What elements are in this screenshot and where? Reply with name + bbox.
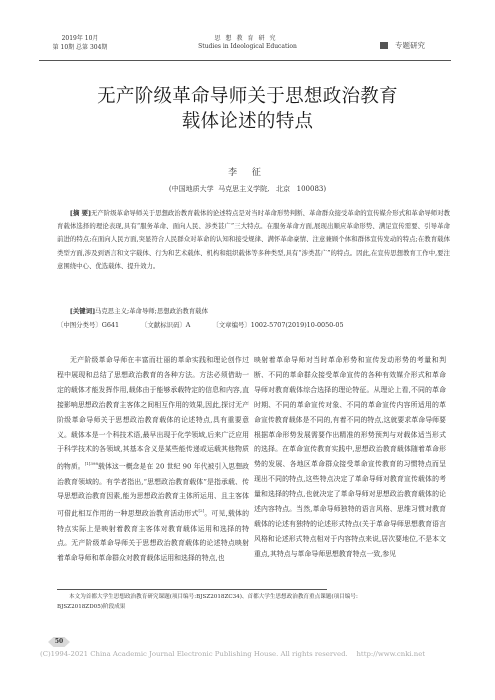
- keywords-text: 马克思主义;革命导师;思想政治教育载体: [95, 307, 208, 315]
- clc-number: 〔中图分类号〕G641: [57, 320, 119, 329]
- footnote-line-1: 本文为首都大学生思想政治教育研究课题(项目编号:BJSZ2018ZC34)、首都…: [57, 592, 452, 602]
- footnote-divider: [57, 589, 327, 590]
- abstract-text: 无产阶级革命导师关于思想政治教育载体的论述特点是对当时革命形势判断、革命群众接受…: [57, 209, 450, 270]
- column-label: 专题研究: [380, 40, 425, 51]
- body-text: 映射着革命导师对当时革命形势和宣传发动形势的考量和判断、不同的革命群众接受革命宣…: [254, 356, 446, 558]
- column-name: 专题研究: [395, 40, 425, 51]
- journal-name-cn: 思想教育研究: [180, 35, 315, 43]
- classification-info: 〔中图分类号〕G641 〔文献标识码〕A 〔文章编号〕1002-5707(201…: [57, 320, 366, 329]
- author-affiliation: (中国地质大学 马克思主义学院, 北京 100083): [40, 184, 455, 194]
- article-number: 〔文章编号〕1002-5707(2019)10-0050-05: [212, 320, 343, 329]
- issue-date: 2019年 10月: [40, 34, 120, 43]
- issue-info: 2019年 10月 第 10期 总第 304期: [40, 34, 120, 52]
- title-line-1: 无产阶级革命导师关于思想政治教育: [40, 84, 455, 109]
- abstract: [摘 要]无产阶级革命导师关于思想政治教育载体的论述特点是对当时革命形势判断、革…: [57, 207, 450, 273]
- keywords: [关键词]马克思主义;革命导师;思想政治教育载体: [70, 306, 208, 315]
- article-title: 无产阶级革命导师关于思想政治教育 载体论述的特点: [40, 84, 455, 134]
- journal-name: 思想教育研究 Studies in Ideological Education: [180, 35, 315, 51]
- body-column-left: 无产阶级革命导师在丰富而壮丽的革命实践和理论创作过程中展现和总结了思想政治教育的…: [57, 353, 249, 566]
- title-line-2: 载体论述的特点: [40, 109, 455, 134]
- body-column-right: 映射着革命导师对当时革命形势和宣传发动形势的考量和判断、不同的革命群众接受革命宣…: [254, 353, 446, 562]
- header-divider: [39, 60, 451, 61]
- citation-ref: [1]398: [85, 461, 98, 466]
- funding-footnote: 本文为首都大学生思想政治教育研究课题(项目编号:BJSZ2018ZC34)、首都…: [57, 592, 452, 612]
- body-text: 无产阶级革命导师在丰富而壮丽的革命实践和理论创作过程中展现和总结了思想政治教育的…: [57, 356, 249, 471]
- journal-name-en: Studies in Ideological Education: [180, 43, 315, 51]
- footnote-line-2: BJSZ2018ZD05)阶段成果: [57, 602, 452, 612]
- issue-number: 第 10期 总第 304期: [40, 43, 120, 52]
- page-number: 50: [48, 637, 70, 647]
- abstract-label: [摘 要]: [70, 209, 91, 217]
- keywords-label: [关键词]: [70, 307, 95, 315]
- author-name: 李 征: [40, 165, 455, 178]
- document-code: 〔文献标识码〕A: [141, 320, 190, 329]
- copyright-notice: (C)1994-2021 China Academic Journal Elec…: [40, 650, 460, 658]
- square-icon: [380, 42, 388, 49]
